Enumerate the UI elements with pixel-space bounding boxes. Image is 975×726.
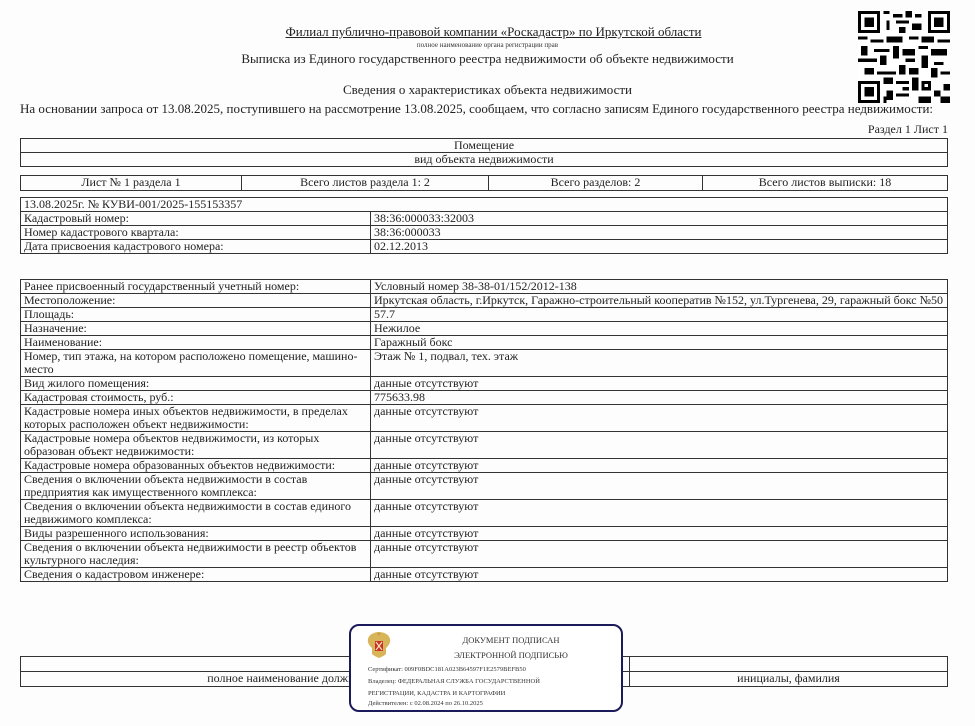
characteristic-row: Кадастровые номера иных объектов недвижи… xyxy=(21,405,948,432)
row-value: данные отсутствуют xyxy=(371,541,948,568)
electronic-signature-stamp: ДОКУМЕНТ ПОДПИСАН ЭЛЕКТРОННОЙ ПОДПИСЬЮ С… xyxy=(349,624,623,712)
sections-count: Всего разделов: 2 xyxy=(489,176,703,191)
characteristic-row: Сведения о включении объекта недвижимост… xyxy=(21,473,948,500)
row-label: Сведения о кадастровом инженере: xyxy=(21,568,371,582)
row-value: данные отсутствуют xyxy=(371,405,948,432)
registration-row: Номер кадастрового квартала:38:36:000033 xyxy=(21,226,948,240)
row-label: Назначение: xyxy=(21,322,371,336)
row-value: 775633.98 xyxy=(371,391,948,405)
characteristic-row: Сведения о включении объекта недвижимост… xyxy=(21,541,948,568)
row-value: данные отсутствуют xyxy=(371,432,948,459)
characteristic-row: Назначение:Нежилое xyxy=(21,322,948,336)
row-value: 38:36:000033 xyxy=(371,226,948,240)
row-label: Виды разрешенного использования: xyxy=(21,527,371,541)
characteristic-row: Кадастровые номера объектов недвижимости… xyxy=(21,432,948,459)
coat-of-arms-icon xyxy=(365,630,393,660)
object-type-value: Помещение xyxy=(21,139,948,153)
row-label: Кадастровый номер: xyxy=(21,212,371,226)
qr-code-icon xyxy=(858,11,950,103)
row-label: Сведения о включении объекта недвижимост… xyxy=(21,541,371,568)
characteristic-row: Сведения о включении объекта недвижимост… xyxy=(21,500,948,527)
row-label: Кадастровая стоимость, руб.: xyxy=(21,391,371,405)
row-label: Сведения о включении объекта недвижимост… xyxy=(21,500,371,527)
row-label: Наименование: xyxy=(21,336,371,350)
row-value: Нежилое xyxy=(371,322,948,336)
row-value: Гаражный бокс xyxy=(371,336,948,350)
row-label: Вид жилого помещения: xyxy=(21,377,371,391)
row-label: Дата присвоения кадастрового номера: xyxy=(21,240,371,254)
organization-name: Филиал публично-правовой компании «Роска… xyxy=(0,24,975,40)
row-value: данные отсутствуют xyxy=(371,473,948,500)
stamp-certificate: Сертификат: 009F0BDC181A023B64597F1E2579… xyxy=(368,666,526,673)
stamp-line-2: ЭЛЕКТРОННОЙ ПОДПИСЬЮ xyxy=(411,650,611,660)
row-label: Ранее присвоенный государственный учетны… xyxy=(21,280,371,294)
registration-row: Дата присвоения кадастрового номера:02.1… xyxy=(21,240,948,254)
row-label: Номер кадастрового квартала: xyxy=(21,226,371,240)
row-label: Местоположение: xyxy=(21,294,371,308)
registration-row: Кадастровый номер:38:36:000033:32003 xyxy=(21,212,948,226)
total-sheets-count: Всего листов выписки: 18 xyxy=(703,176,948,191)
characteristic-row: Сведения о кадастровом инженере:данные о… xyxy=(21,568,948,582)
request-number: 13.08.2025г. № КУВИ-001/2025-155153357 xyxy=(21,198,948,212)
characteristic-row: Кадастровая стоимость, руб.:775633.98 xyxy=(21,391,948,405)
row-value: Этаж № 1, подвал, тех. этаж xyxy=(371,350,948,377)
row-value: данные отсутствуют xyxy=(371,500,948,527)
row-label: Кадастровые номера объектов недвижимости… xyxy=(21,432,371,459)
row-value: данные отсутствуют xyxy=(371,377,948,391)
section-sheet-label: Раздел 1 Лист 1 xyxy=(868,122,948,137)
row-value: 02.12.2013 xyxy=(371,240,948,254)
row-value: данные отсутствуют xyxy=(371,568,948,582)
row-value: 38:36:000033:32003 xyxy=(371,212,948,226)
stamp-line-1: ДОКУМЕНТ ПОДПИСАН xyxy=(411,635,611,645)
row-label: Кадастровые номера иных объектов недвижи… xyxy=(21,405,371,432)
characteristic-row: Номер, тип этажа, на котором расположено… xyxy=(21,350,948,377)
row-label: Номер, тип этажа, на котором расположено… xyxy=(21,350,371,377)
object-type-caption: вид объекта недвижимости xyxy=(21,153,948,167)
characteristic-row: Местоположение:Иркутская область, г.Ирку… xyxy=(21,294,948,308)
object-type-table: Помещение вид объекта недвижимости xyxy=(20,138,948,167)
stamp-owner-1: Владелец: ФЕДЕРАЛЬНАЯ СЛУЖБА ГОСУДАРСТВЕ… xyxy=(368,678,540,685)
section-sheets-count: Всего листов раздела 1: 2 xyxy=(242,176,489,191)
row-value: 57.7 xyxy=(371,308,948,322)
characteristics-table: Ранее присвоенный государственный учетны… xyxy=(20,279,948,582)
name-caption: инициалы, фамилия xyxy=(630,672,948,687)
row-label: Сведения о включении объекта недвижимост… xyxy=(21,473,371,500)
row-value: данные отсутствуют xyxy=(371,527,948,541)
name-field xyxy=(630,657,948,672)
row-value: Иркутская область, г.Иркутск, Гаражно-ст… xyxy=(371,294,948,308)
characteristic-row: Вид жилого помещения:данные отсутствуют xyxy=(21,377,948,391)
organization-caption: полное наименование органа регистрации п… xyxy=(0,41,975,49)
characteristic-row: Площадь:57.7 xyxy=(21,308,948,322)
characteristic-row: Ранее присвоенный государственный учетны… xyxy=(21,280,948,294)
characteristic-row: Кадастровые номера образованных объектов… xyxy=(21,459,948,473)
stamp-validity: Действителен: с 02.08.2024 по 26.10.2025 xyxy=(368,700,483,707)
request-basis-text: На основании запроса от 13.08.2025, пост… xyxy=(20,101,933,117)
characteristic-row: Наименование:Гаражный бокс xyxy=(21,336,948,350)
stamp-owner-2: РЕГИСТРАЦИИ, КАДАСТРА И КАРТОГРАФИИ xyxy=(368,690,505,697)
sheet-info-table: Лист № 1 раздела 1 Всего листов раздела … xyxy=(20,175,948,191)
row-label: Площадь: xyxy=(21,308,371,322)
sheet-number: Лист № 1 раздела 1 xyxy=(21,176,242,191)
row-value: Условный номер 38-38-01/152/2012-138 xyxy=(371,280,948,294)
document-title: Выписка из Единого государственного реес… xyxy=(0,51,975,67)
row-value: данные отсутствуют xyxy=(371,459,948,473)
characteristic-row: Виды разрешенного использования:данные о… xyxy=(21,527,948,541)
row-label: Кадастровые номера образованных объектов… xyxy=(21,459,371,473)
document-subtitle: Сведения о характеристиках объекта недви… xyxy=(0,82,975,98)
registration-table: 13.08.2025г. № КУВИ-001/2025-155153357 К… xyxy=(20,197,948,254)
